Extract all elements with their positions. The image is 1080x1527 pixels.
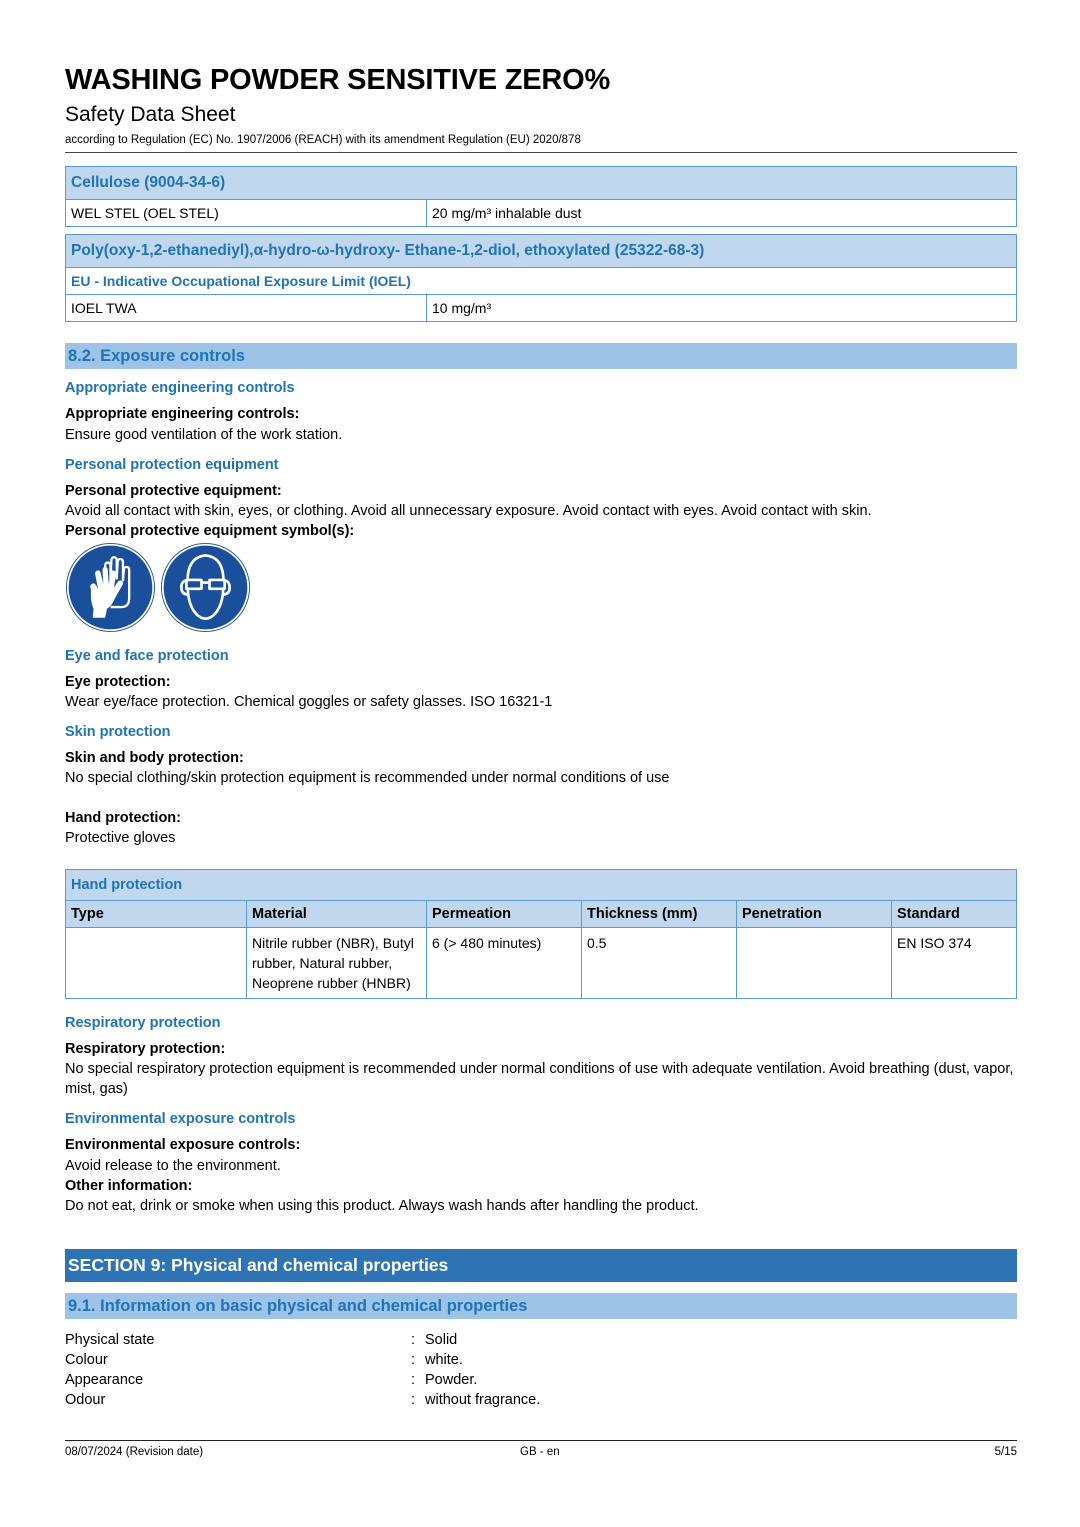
ppe-label: Personal protective equipment: xyxy=(65,483,282,499)
skin-text: No special clothing/skin protection equi… xyxy=(65,770,670,786)
eye-text: Wear eye/face protection. Chemical goggl… xyxy=(65,694,552,710)
table-header-row: Type Material Permeation Thickness (mm) … xyxy=(66,901,1017,928)
column-header: Standard xyxy=(892,901,1017,928)
substance-name: Cellulose (9004-34-6) xyxy=(66,167,1017,200)
column-header: Penetration xyxy=(737,901,892,928)
page-number: 5/15 xyxy=(995,1446,1017,1458)
table-row: IOEL TWA 10 mg/m³ xyxy=(66,295,1017,322)
property-value: without fragrance. xyxy=(425,1392,540,1408)
limit-label: IOEL TWA xyxy=(66,295,427,322)
section-heading-9: SECTION 9: Physical and chemical propert… xyxy=(65,1249,1017,1282)
property-value: white. xyxy=(425,1352,463,1368)
property-label: Odour xyxy=(65,1392,105,1408)
property-label: Physical state xyxy=(65,1332,154,1348)
document-subtitle: Safety Data Sheet xyxy=(65,103,235,127)
regulation-note: according to Regulation (EC) No. 1907/20… xyxy=(65,134,581,146)
hand-text: Protective gloves xyxy=(65,830,175,846)
product-title: WASHING POWDER SENSITIVE ZERO% xyxy=(65,64,610,97)
eye-heading: Eye and face protection xyxy=(65,648,229,664)
property-row: Physical state : Solid xyxy=(65,1332,1017,1352)
subsection-heading-9-1: 9.1. Information on basic physical and c… xyxy=(65,1293,1017,1319)
column-header: Material xyxy=(247,901,427,928)
eye-label: Eye protection: xyxy=(65,674,171,690)
property-row: Appearance : Powder. xyxy=(65,1372,1017,1392)
goggles-icon xyxy=(161,543,250,632)
table-row: WEL STEL (OEL STEL) 20 mg/m³ inhalable d… xyxy=(66,200,1017,227)
limit-value: 20 mg/m³ inhalable dust xyxy=(427,200,1017,227)
footer-divider xyxy=(65,1440,1017,1441)
column-header: Permeation xyxy=(427,901,582,928)
limit-authority: EU - Indicative Occupational Exposure Li… xyxy=(66,268,1017,295)
subsection-heading-8-2: 8.2. Exposure controls xyxy=(65,343,1017,369)
property-label: Appearance xyxy=(65,1372,143,1388)
table-row: Nitrile rubber (NBR), Butyl rubber, Natu… xyxy=(66,928,1017,999)
environmental-label: Environmental exposure controls: xyxy=(65,1137,300,1153)
respiratory-label: Respiratory protection: xyxy=(65,1041,225,1057)
property-row: Odour : without fragrance. xyxy=(65,1392,1017,1412)
property-label: Colour xyxy=(65,1352,108,1368)
ppe-text: Avoid all contact with skin, eyes, or cl… xyxy=(65,503,872,519)
other-info-label: Other information: xyxy=(65,1178,192,1194)
column-header: Type xyxy=(66,901,247,928)
limit-value: 10 mg/m³ xyxy=(427,295,1017,322)
cellulose-exposure-table: Cellulose (9004-34-6) WEL STEL (OEL STEL… xyxy=(65,166,1017,227)
property-separator: : xyxy=(411,1332,415,1348)
property-row: Colour : white. xyxy=(65,1352,1017,1372)
property-separator: : xyxy=(411,1392,415,1408)
table-title: Hand protection xyxy=(66,870,1017,901)
peg-exposure-table: Poly(oxy-1,2-ethanediyl),α-hydro-ω-hydro… xyxy=(65,234,1017,322)
column-header: Thickness (mm) xyxy=(582,901,737,928)
engineering-label: Appropriate engineering controls: xyxy=(65,406,299,422)
skin-label: Skin and body protection: xyxy=(65,750,244,766)
locale: GB - en xyxy=(520,1446,560,1458)
cell-permeation: 6 (> 480 minutes) xyxy=(427,928,582,999)
revision-date: 08/07/2024 (Revision date) xyxy=(65,1446,203,1458)
environmental-text: Avoid release to the environment. xyxy=(65,1158,281,1174)
cell-standard: EN ISO 374 xyxy=(892,928,1017,999)
property-separator: : xyxy=(411,1372,415,1388)
respiratory-text: No special respiratory protection equipm… xyxy=(65,1059,1017,1099)
skin-heading: Skin protection xyxy=(65,724,171,740)
property-separator: : xyxy=(411,1352,415,1368)
property-value: Powder. xyxy=(425,1372,477,1388)
engineering-heading: Appropriate engineering controls xyxy=(65,380,295,396)
limit-label: WEL STEL (OEL STEL) xyxy=(66,200,427,227)
hand-label: Hand protection: xyxy=(65,810,181,826)
header-divider xyxy=(65,152,1017,153)
environmental-heading: Environmental exposure controls xyxy=(65,1111,295,1127)
cell-type xyxy=(66,928,247,999)
ppe-heading: Personal protection equipment xyxy=(65,457,279,473)
substance-name: Poly(oxy-1,2-ethanediyl),α-hydro-ω-hydro… xyxy=(66,235,1017,268)
gloves-icon xyxy=(66,543,155,632)
cell-thickness: 0.5 xyxy=(582,928,737,999)
ppe-symbols-label: Personal protective equipment symbol(s): xyxy=(65,523,354,539)
hand-protection-table: Hand protection Type Material Permeation… xyxy=(65,869,1017,999)
property-value: Solid xyxy=(425,1332,457,1348)
other-info-text: Do not eat, drink or smoke when using th… xyxy=(65,1198,699,1214)
cell-penetration xyxy=(737,928,892,999)
cell-material: Nitrile rubber (NBR), Butyl rubber, Natu… xyxy=(247,928,427,999)
engineering-text: Ensure good ventilation of the work stat… xyxy=(65,427,342,443)
respiratory-heading: Respiratory protection xyxy=(65,1015,221,1031)
